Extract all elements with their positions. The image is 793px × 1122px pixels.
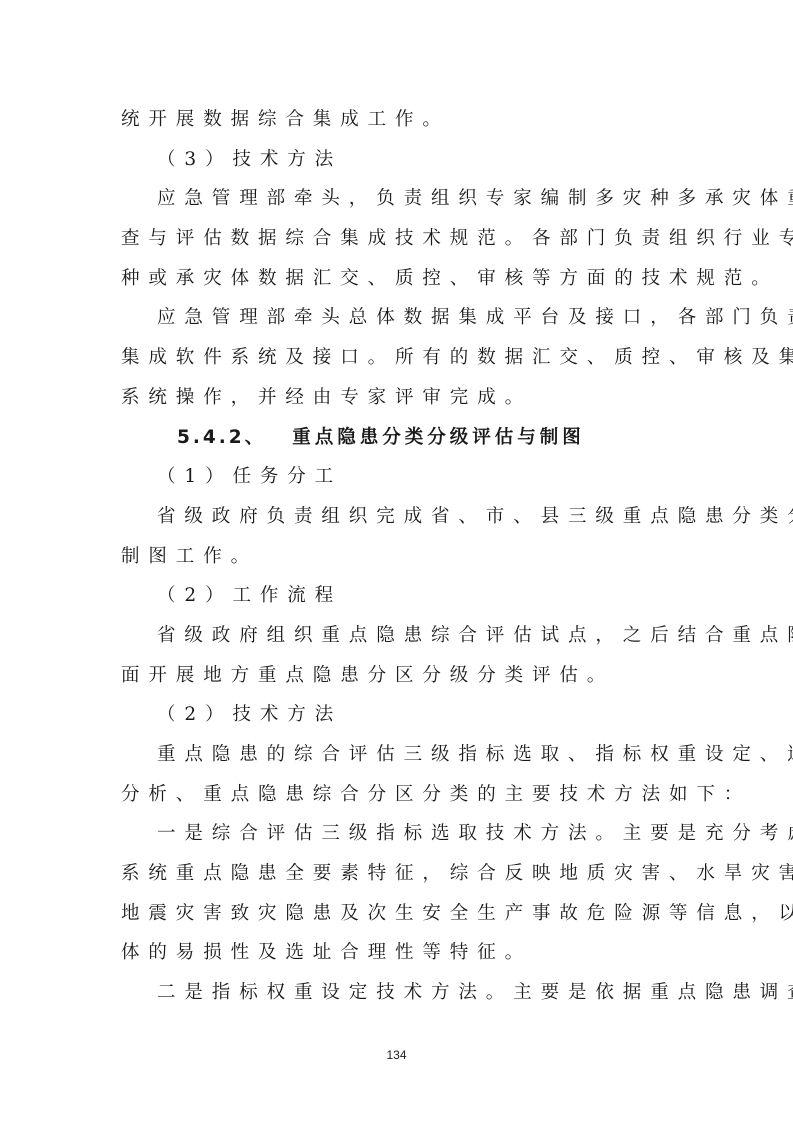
section-number: 5.4.2、 — [177, 427, 266, 448]
subsection-heading-workflow: （2）工作流程 — [121, 576, 674, 616]
subsection-heading-technical-methods: （3）技术方法 — [121, 140, 674, 180]
page-body: 统开展数据综合集成工作。 （3）技术方法 应急管理部牵头，负责组织专家编制多灾种… — [121, 100, 674, 1013]
paragraph-line: 重点隐患的综合评估三级指标选取、指标权重设定、选址合理性 — [121, 735, 674, 775]
subsection-heading-technical-methods-2: （2）技术方法 — [121, 695, 674, 735]
paragraph-line: 分析、重点隐患综合分区分类的主要技术方法如下： — [121, 775, 674, 815]
paragraph-line: 应急管理部牵头总体数据集成平台及接口，各部门负责各自数据 — [121, 298, 674, 338]
paragraph-line: 一是综合评估三级指标选取技术方法。主要是充分考虑自然灾害 — [121, 814, 674, 854]
paragraph-line: 系统重点隐患全要素特征，综合反映地质灾害、水旱灾害、森林火灾、 — [121, 854, 674, 894]
paragraph-line: 二是指标权重设定技术方法。主要是依据重点隐患调查评估领域 — [121, 973, 674, 1013]
paragraph-line: 制图工作。 — [121, 537, 674, 577]
paragraph-line: 种或承灾体数据汇交、质控、审核等方面的技术规范。 — [121, 259, 674, 299]
paragraph-line: 省级政府负责组织完成省、市、县三级重点隐患分类分级评估与 — [121, 497, 674, 537]
paragraph-line: 面开展地方重点隐患分区分级分类评估。 — [121, 656, 674, 696]
page-number: 134 — [0, 1048, 793, 1062]
paragraph-line: 省级政府组织重点隐患综合评估试点，之后结合重点隐患特点全 — [121, 616, 674, 656]
document-page: 统开展数据综合集成工作。 （3）技术方法 应急管理部牵头，负责组织专家编制多灾种… — [0, 0, 793, 1122]
section-title: 重点隐患分类分级评估与制图 — [292, 427, 585, 448]
paragraph-line: 应急管理部牵头，负责组织专家编制多灾种多承灾体重点隐患调 — [121, 179, 674, 219]
paragraph-line: 查与评估数据综合集成技术规范。各部门负责组织行业专家制定单灾 — [121, 219, 674, 259]
section-heading: 5.4.2、重点隐患分类分级评估与制图 — [121, 418, 674, 458]
paragraph-line: 统开展数据综合集成工作。 — [121, 100, 674, 140]
paragraph-line: 地震灾害致灾隐患及次生安全生产事故危险源等信息，以及重要承灾 — [121, 894, 674, 934]
paragraph-line: 体的易损性及选址合理性等特征。 — [121, 933, 674, 973]
paragraph-line: 集成软件系统及接口。所有的数据汇交、质控、审核及集成通过平台 — [121, 338, 674, 378]
paragraph-line: 系统操作，并经由专家评审完成。 — [121, 378, 674, 418]
subsection-heading-task-division: （1）任务分工 — [121, 457, 674, 497]
